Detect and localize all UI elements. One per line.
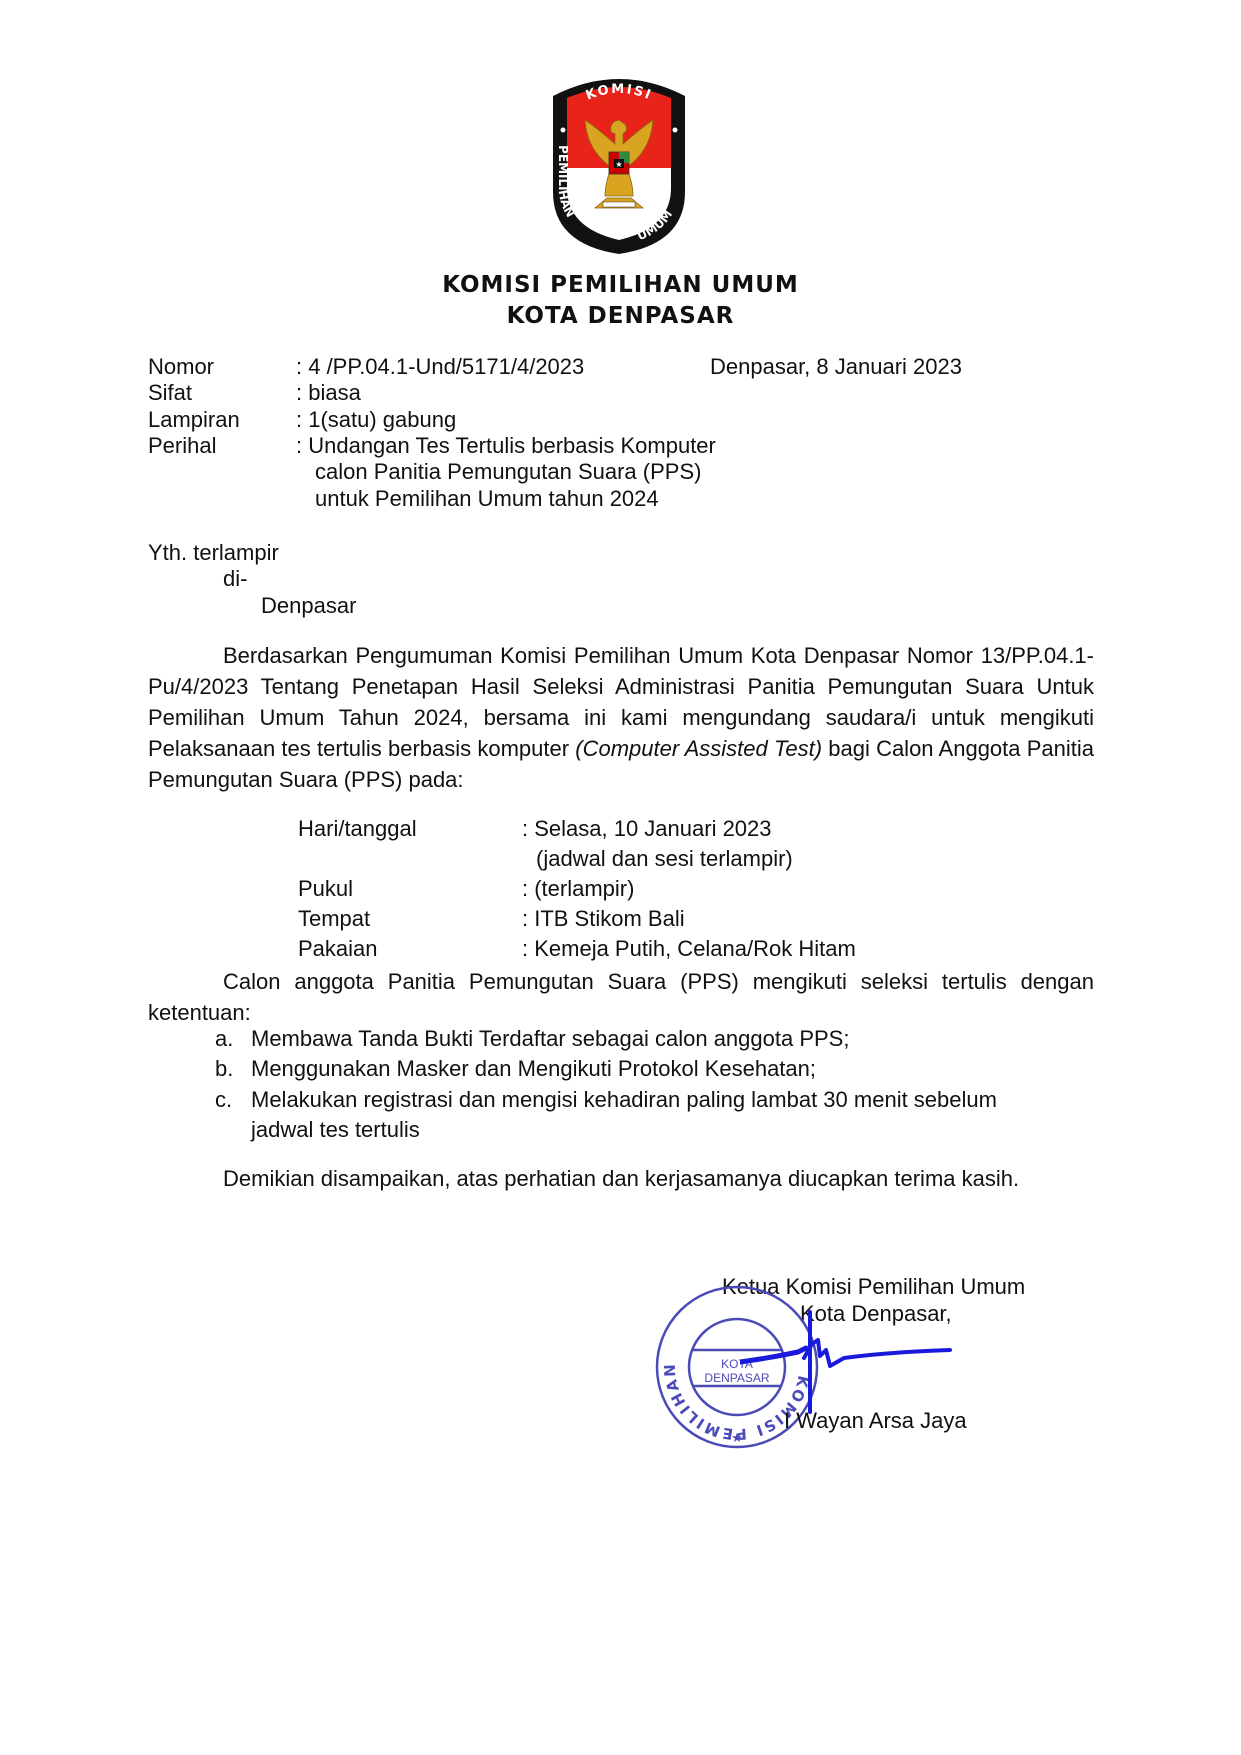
body-paragraph: Berdasarkan Pengumuman Komisi Pemilihan … (148, 640, 1094, 795)
detail-label: Pukul (298, 876, 353, 902)
detail-value: : ITB Stikom Bali (522, 906, 685, 932)
detail-label: Pakaian (298, 936, 378, 962)
detail-value-extra: (jadwal dan sesi terlampir) (536, 846, 793, 872)
signatory-name: I Wayan Arsa Jaya (784, 1408, 967, 1434)
list-item-continued: jadwal tes tertulis (251, 1117, 420, 1143)
list-marker: a. (215, 1026, 233, 1052)
detail-value: : Selasa, 10 Januari 2023 (522, 816, 772, 842)
list-item: Melakukan registrasi dan mengisi kehadir… (251, 1087, 997, 1113)
detail-label: Hari/tanggal (298, 816, 417, 842)
nomor-value: : 4 /PP.04.1-Und/5171/4/2023 (296, 354, 584, 380)
list-marker: c. (215, 1087, 232, 1113)
recipient-location: Denpasar (261, 593, 356, 619)
detail-value: : (terlampir) (522, 876, 634, 902)
sifat-label: Sifat (148, 380, 192, 406)
lampiran-label: Lampiran (148, 407, 240, 433)
nomor-label: Nomor (148, 354, 214, 380)
perihal-label: Perihal (148, 433, 216, 459)
detail-label: Tempat (298, 906, 370, 932)
svg-text:★: ★ (731, 1430, 743, 1445)
closing-sentence: Demikian disampaikan, atas perhatian dan… (223, 1166, 1019, 1192)
detail-value: : Kemeja Putih, Celana/Rok Hitam (522, 936, 856, 962)
perihal-line: untuk Pemilihan Umum tahun 2024 (315, 486, 659, 512)
svg-text:★: ★ (615, 160, 622, 169)
list-item: Menggunakan Masker dan Mengikuti Protoko… (251, 1056, 816, 1082)
perihal-line: calon Panitia Pemungutan Suara (PPS) (315, 459, 701, 485)
letter-date: Denpasar, 8 Januari 2023 (710, 354, 962, 380)
recipient-line: Yth. terlampir (148, 540, 279, 566)
organization-title: KOMISI PEMILIHAN UMUM (0, 272, 1241, 298)
lampiran-value: : 1(satu) gabung (296, 407, 456, 433)
organization-subtitle: KOTA DENPASAR (0, 303, 1241, 329)
list-marker: b. (215, 1056, 233, 1082)
recipient-line: di- (223, 566, 247, 592)
sifat-value: : biasa (296, 380, 361, 406)
perihal-line: : Undangan Tes Tertulis berbasis Kompute… (296, 433, 716, 459)
kpu-emblem-icon: ★ KOMISI PEMILIHAN UMUM (545, 68, 693, 254)
body-paragraph: Calon anggota Panitia Pemungutan Suara (… (148, 966, 1094, 1028)
list-item: Membawa Tanda Bukti Terdaftar sebagai ca… (251, 1026, 849, 1052)
